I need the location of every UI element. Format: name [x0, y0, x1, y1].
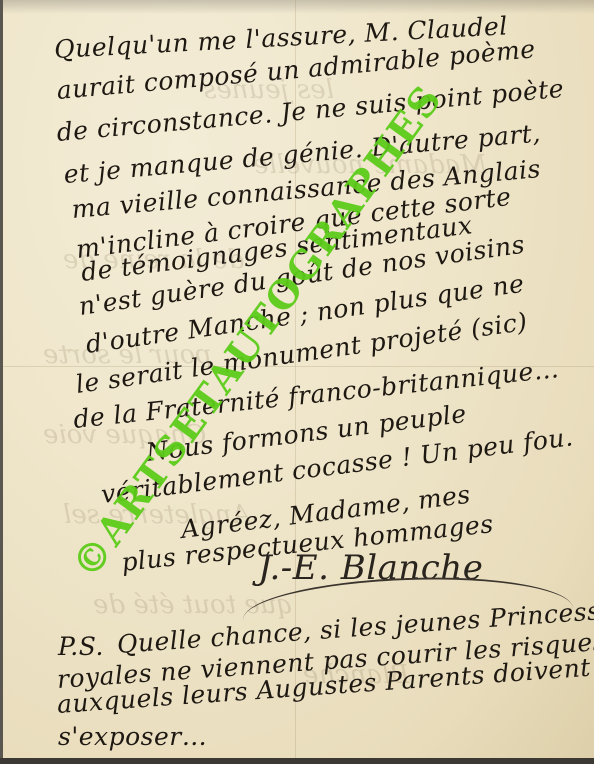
postscript-line: s'exposer…: [58, 722, 207, 751]
postscript-label: P.S.: [58, 632, 104, 661]
letter-page: les jeunes Madame nouvelle de la reine d…: [3, 0, 594, 758]
scan-edge: [0, 758, 594, 764]
